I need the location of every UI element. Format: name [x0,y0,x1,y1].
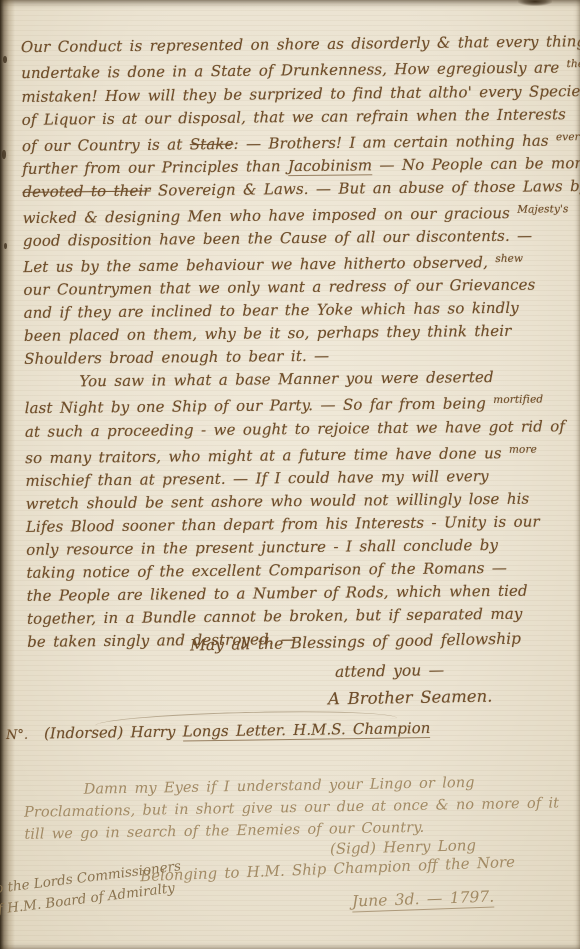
foxing-speck [2,150,6,159]
binding-edge [0,0,15,949]
postscript-lines: Damn my Eyes if I understand your Lingo … [23,770,574,846]
closing-attend-line: attend you — [335,661,445,681]
postscript-date: June 3d. — 1797. [352,888,495,913]
endorsement-number: N°. [6,728,28,743]
top-edge-ink-blot [518,0,552,6]
postscript-ship-line: Belonging to H.M. Ship Champion off the … [140,853,516,885]
endorsement-line: N°.(Indorsed) Harry Longs Letter. H.M.S.… [6,719,431,743]
address-block: To the Lords Commissioners of H.M. Board… [0,856,185,921]
manuscript-page: Our Conduct is represented on shore as d… [0,0,580,949]
endorsement-title: Longs Letter. H.M.S. Champion [183,719,431,741]
foxing-speck [4,243,7,249]
endorsement-prefix: (Indorsed) Harry [44,722,183,742]
letter-lines: Our Conduct is represented on shore as d… [21,27,577,653]
foxing-speck [3,56,7,63]
closing-signature-line: A Brother Seamen. [328,687,493,709]
